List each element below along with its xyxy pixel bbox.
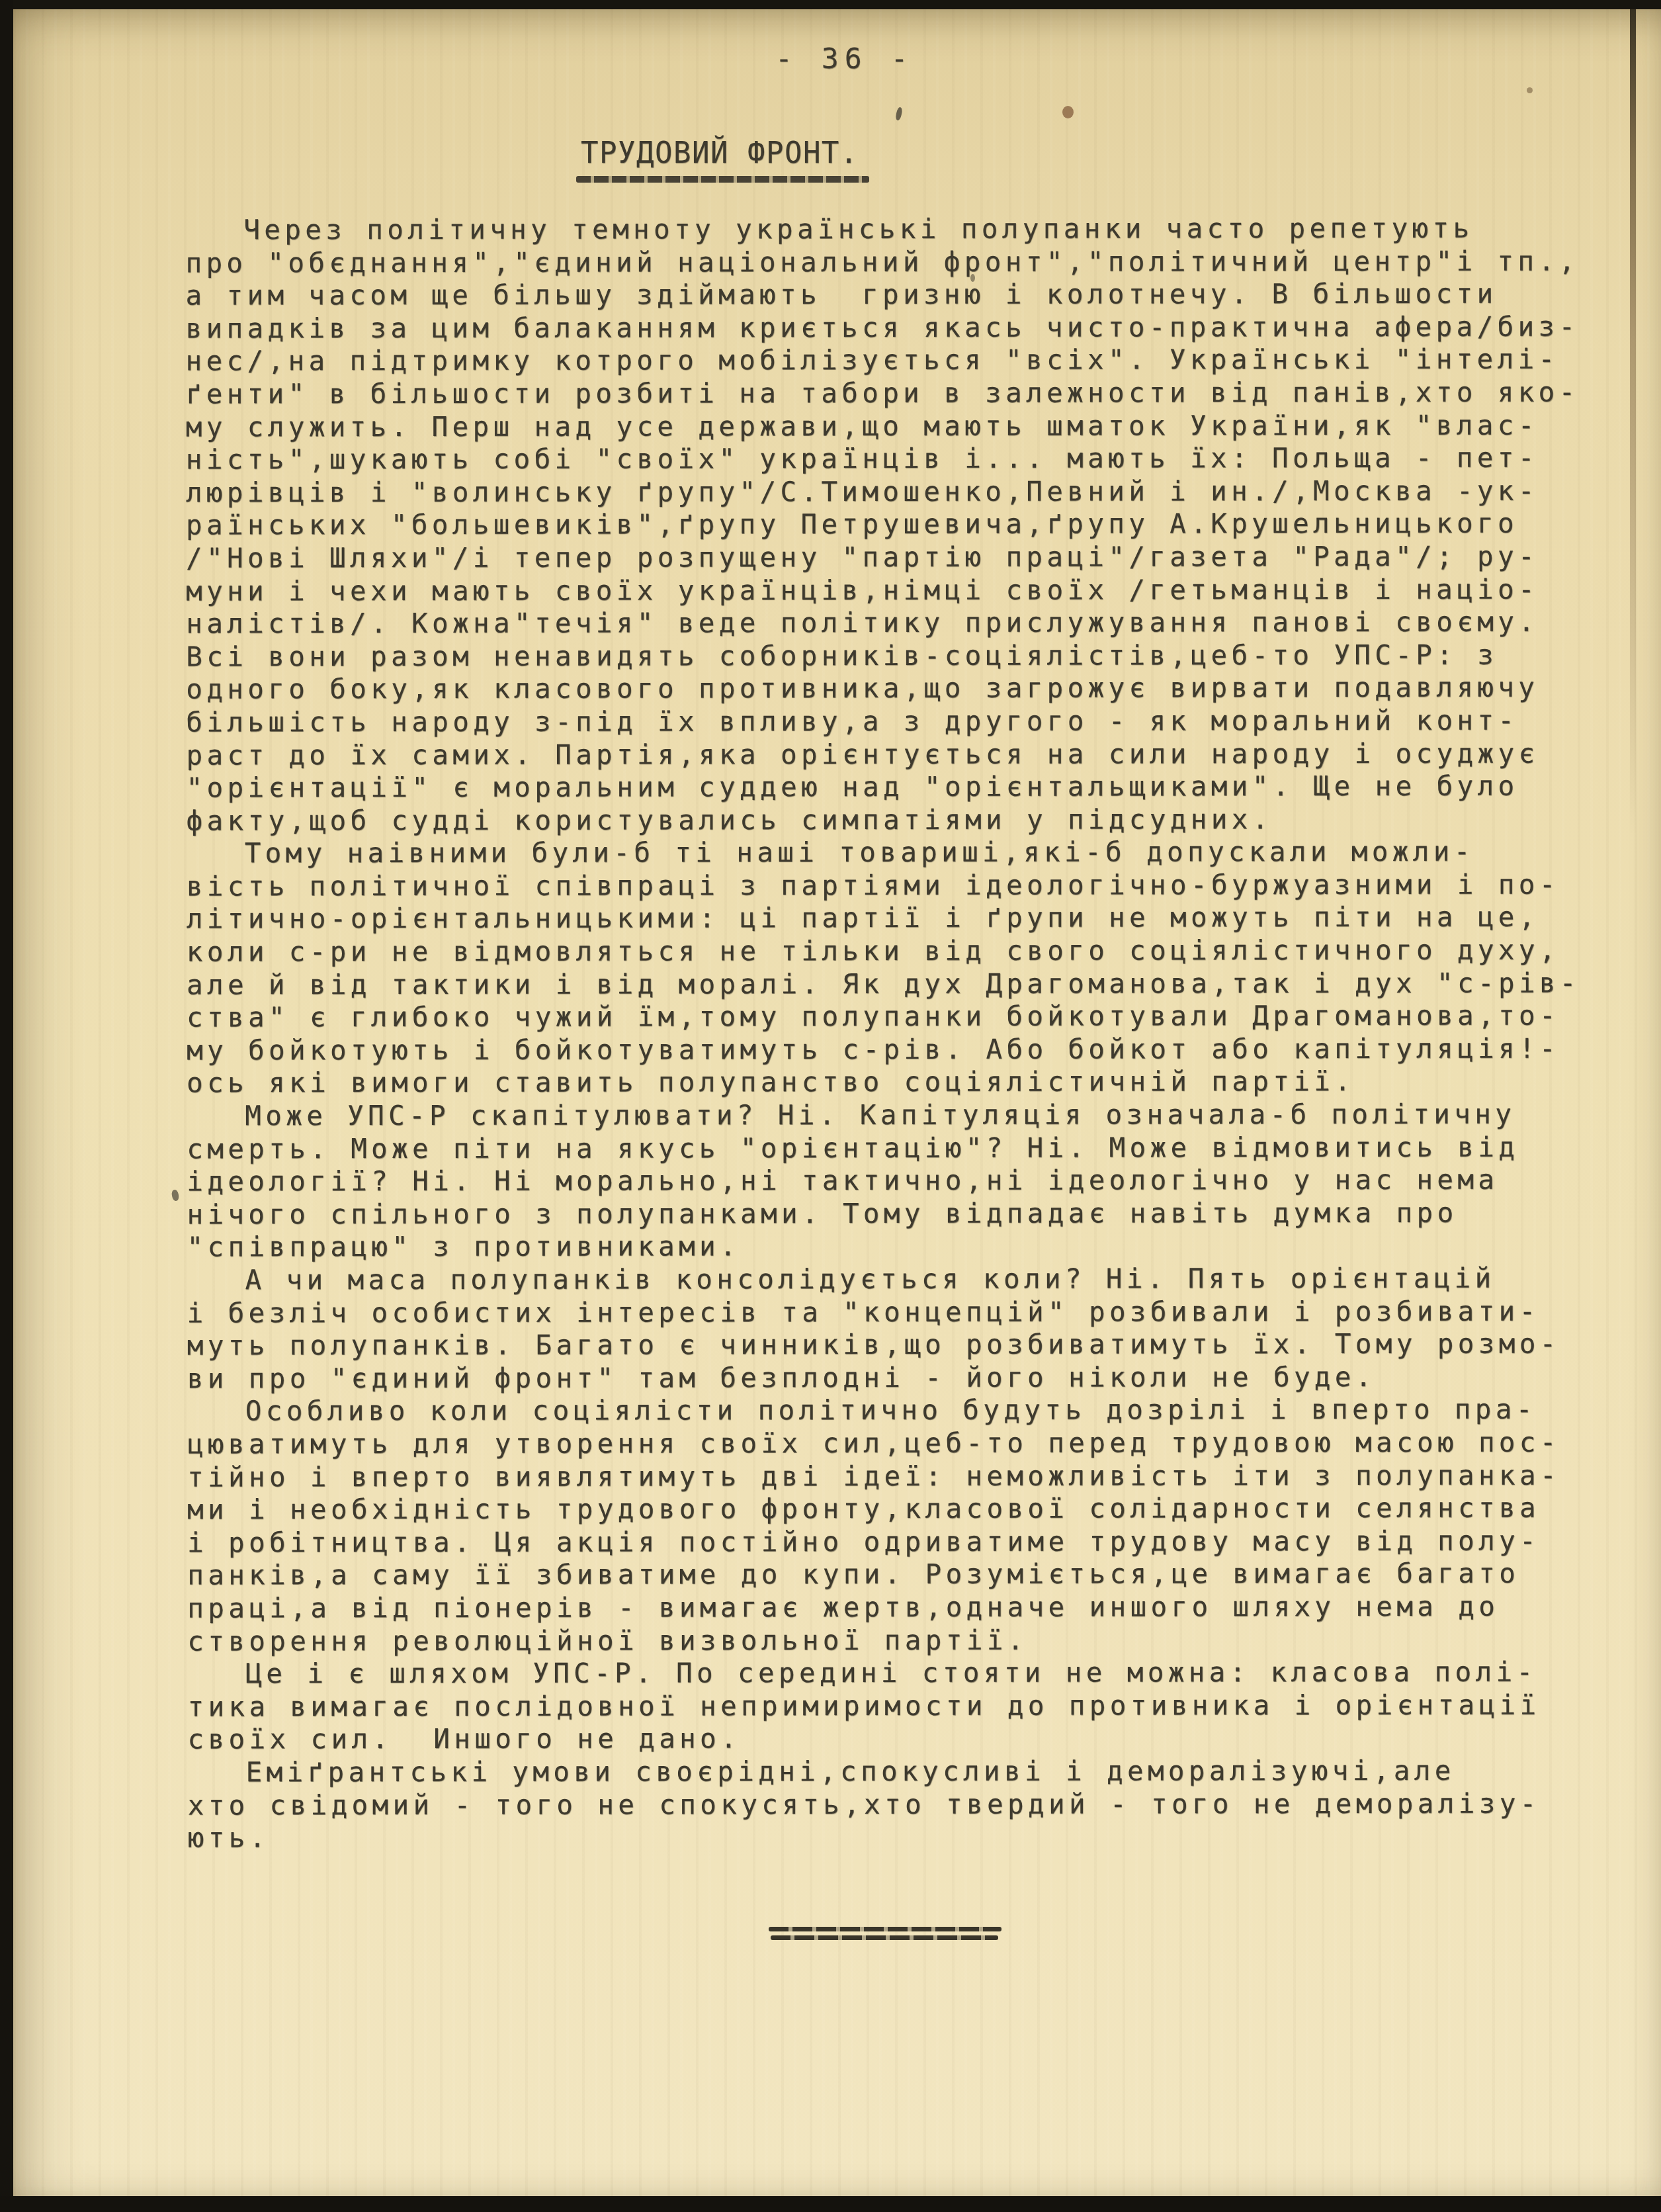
- page-number: - 36 -: [775, 42, 914, 75]
- text-line: смерть. Може піти на якусь "орієнтацію"?…: [187, 1131, 1576, 1166]
- text-line: коли с-ри не відмовляться не тільки від …: [187, 934, 1576, 969]
- ink-speck: [171, 1189, 180, 1201]
- text-line: нічого спільного з полупанками. Тому від…: [187, 1196, 1576, 1231]
- text-line: му служить. Перш над усе держави,що мают…: [186, 409, 1575, 444]
- text-line: А чи маса полупанків консолідується коли…: [187, 1262, 1576, 1298]
- ink-speck: [1527, 87, 1533, 93]
- text-line: більшість народу з-під їх впливу,а з дру…: [186, 704, 1575, 739]
- ink-speck: [895, 107, 903, 120]
- text-line: факту,щоб судді користувались симпатіями…: [187, 803, 1576, 838]
- text-line: і безліч особистих інтересів та "концепц…: [187, 1295, 1576, 1330]
- text-line: раст до їх самих. Партія,яка орієнтуєтьс…: [186, 737, 1575, 772]
- text-line: /"Нові Шляхи"/і тепер розпущену "партію …: [186, 540, 1575, 575]
- text-line: люрівців і "волинську ґрупу"/С.Тимошенко…: [186, 474, 1575, 509]
- title-underline: [576, 176, 869, 183]
- text-line: ства" є глибоко чужий їм,тому полупанки …: [187, 1000, 1576, 1035]
- text-line: вість політичної співпраці з партіями ід…: [187, 868, 1576, 903]
- text-line: Через політичну темноту українські полуп…: [185, 212, 1574, 247]
- page-title: ТРУДОВИЙ ФРОНТ.: [581, 136, 859, 170]
- text-line: праці,а від піонерів - вимагає жертв,одн…: [187, 1590, 1576, 1625]
- document-body: Через політичну темноту українські полуп…: [185, 212, 1576, 1855]
- page-edge-fold: [1630, 9, 1636, 836]
- text-line: Всі вони разом ненавидять соборників-соц…: [186, 639, 1575, 674]
- text-line: ми і необхідність трудового фронту,класо…: [187, 1492, 1576, 1527]
- text-line: Еміґрантські умови своєрідні,спокусливі …: [188, 1754, 1577, 1789]
- text-line: ють.: [188, 1820, 1577, 1855]
- text-line: налістів/. Кожна"течія" веде політику пр…: [186, 606, 1575, 641]
- text-line: Це і є шляхом УПС-Р. По середині стояти …: [187, 1656, 1576, 1691]
- text-line: цюватимуть для утворення своїх сил,цеб-т…: [187, 1427, 1576, 1462]
- text-line: нес/,на підтримку котрого мобілізується …: [186, 343, 1575, 378]
- text-line: "співпрацю" з противниками.: [187, 1229, 1576, 1264]
- text-line: і робітництва. Ця акція постійно одриват…: [187, 1525, 1576, 1560]
- text-line: випадків за цим балаканням криється якас…: [185, 310, 1574, 345]
- end-separator-line: [771, 1935, 998, 1940]
- text-line: муни і чехи мають своїх українців,німці …: [186, 573, 1575, 608]
- text-line: літично-орієнтальницькими: ці партії і ґ…: [187, 901, 1576, 936]
- text-line: "орієнтації" є моральним суддею над "орі…: [186, 770, 1575, 805]
- scanned-page: - 36 - ТРУДОВИЙ ФРОНТ. Через політичну т…: [0, 0, 1661, 2212]
- text-line: тика вимагає послідовної непримиримости …: [187, 1689, 1576, 1724]
- text-line: Може УПС-Р скапітулювати? Ні. Капітуляці…: [187, 1098, 1576, 1133]
- text-line: тійно і вперто виявлятимуть дві ідеї: не…: [187, 1459, 1576, 1494]
- text-line: своїх сил. Иншого не дано.: [187, 1722, 1576, 1757]
- text-line: одного боку,як класового противника,що з…: [186, 672, 1575, 707]
- paper-sheet: - 36 - ТРУДОВИЙ ФРОНТ. Через політичну т…: [13, 9, 1661, 2196]
- end-separator-line: [769, 1927, 1001, 1931]
- scan-border-bottom: [0, 2196, 1661, 2212]
- text-line: а тим часом ще більшу здіймають гризню і…: [185, 278, 1574, 313]
- text-line: панків,а саму її збиватиме до купи. Розу…: [187, 1558, 1576, 1593]
- ink-speck: [970, 274, 975, 282]
- text-line: Тому наівними були-б ті наші товариші,як…: [187, 836, 1576, 871]
- text-line: ось які вимоги ставить полупанство соція…: [187, 1065, 1576, 1100]
- text-line: створення революційної визвольної партії…: [187, 1623, 1576, 1658]
- text-line: муть полупанків. Багато є чинників,що ро…: [187, 1328, 1576, 1363]
- text-line: ідеології? Ні. Ні морально,ні тактично,н…: [187, 1164, 1576, 1199]
- text-line: але й від тактики і від моралі. Як дух Д…: [187, 967, 1576, 1002]
- text-line: ви про "єдиний фронт" там безплодні - йо…: [187, 1360, 1576, 1395]
- text-line: Особливо коли соціялісти політично будут…: [187, 1394, 1576, 1429]
- text-line: ність",шукають собі "своїх" українців і.…: [186, 442, 1575, 477]
- text-line: про "обєднання","єдиний національний фро…: [185, 245, 1574, 280]
- text-line: раїнських "большевиків",ґрупу Петрушевич…: [186, 508, 1575, 543]
- scan-border-top: [0, 0, 1661, 9]
- stain-speck: [1062, 106, 1074, 118]
- text-line: ґенти" в більшости розбиті на табори в з…: [186, 376, 1575, 412]
- end-separator: [769, 1927, 1001, 1944]
- text-line: хто свідомий - того не спокусять,хто тве…: [188, 1787, 1577, 1822]
- scan-border-left: [0, 0, 13, 2212]
- text-line: му бойкотують і бойкотуватимуть с-рів. А…: [187, 1032, 1576, 1067]
